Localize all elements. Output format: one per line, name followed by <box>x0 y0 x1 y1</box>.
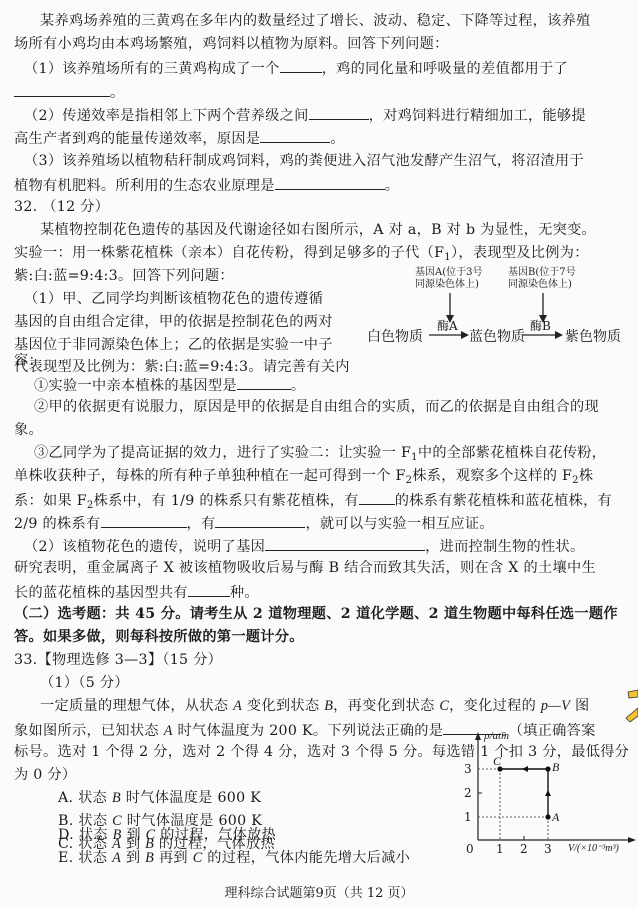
punct: 。 <box>385 178 400 194</box>
var: p—V <box>541 698 570 714</box>
text: 种。 <box>230 585 259 601</box>
subscript: 2 <box>572 475 579 486</box>
answer-blank[interactable] <box>359 490 395 505</box>
text: 基因A(位于3号 <box>415 267 483 279</box>
q32-sub2-line2: 象。 <box>14 421 43 439</box>
q32-part1-line1: （1）甲、乙同学均判断该植物花色的遗传遵循 <box>24 290 323 308</box>
white-substance: 白色物质 <box>367 326 423 346</box>
q31-intro-line1: 某养鸡场养殖的三黄鸡在多年内的数量经过了增长、波动、稳定、下降等过程，该养殖 <box>40 12 591 30</box>
text: 到 <box>121 850 145 866</box>
var: C <box>439 698 449 714</box>
q31-part2: （2）传递效率是指相邻上下两个营养级之间，对鸡饲料进行精细加工，能够提 <box>24 105 586 125</box>
subscript: 2 <box>87 500 94 511</box>
text: 状态 <box>78 850 112 866</box>
text: 同源染色体上) <box>415 279 483 291</box>
option-d[interactable]: D. 状态 B 到 C 的过程，气体放热 <box>58 826 276 844</box>
point-c-label: C <box>493 754 501 769</box>
q31-part3: （3）该养殖场以植物秸秆制成鸡饲料，鸡的粪便进入沼气池发酵产生沼气，将沼渣用于 <box>24 152 584 170</box>
answer-blank[interactable] <box>215 513 305 528</box>
punct: 。 <box>110 85 125 101</box>
q32-part1-line4: 代表现型及比例为：紫:白:蓝=9:4:3。请完善有关内 <box>14 358 350 376</box>
x-tick-1: 1 <box>496 842 504 856</box>
q32-header: 32. （12 分） <box>14 198 109 216</box>
answer-blank[interactable] <box>14 82 110 97</box>
var: A <box>233 698 242 714</box>
y-axis-label: p/atm <box>484 730 509 742</box>
answer-blank[interactable] <box>237 375 291 390</box>
text: 状态 <box>78 790 112 806</box>
metabolic-pathway-diagram: 基因A(位于3号 同源染色体上) 基因B(位于7号 同源染色体上) 白色物质 酶… <box>365 265 635 345</box>
text: ③乙同学为了提高证据的效力，进行了实验二：让实验一 F <box>34 445 411 461</box>
text: 单株收获种子，每株的所有种子单独种植在一起可得到一个 F <box>14 468 406 484</box>
text: 系：如果 F <box>14 493 87 509</box>
origin-label: 0 <box>466 842 474 856</box>
text: 株 <box>579 468 594 484</box>
y-tick-3: 3 <box>464 762 472 776</box>
purple-substance: 紫色物质 <box>565 326 621 346</box>
y-tick-1: 1 <box>464 810 472 824</box>
text: 的过程，气体放热 <box>155 827 276 843</box>
q32-intro-line3: 紫:白:蓝=9:4:3。回答下列问题： <box>14 267 234 285</box>
q33-stem-line1: 一定质量的理想气体，从状态 A 变化到状态 B，再变化到状态 C，变化过程的 p… <box>40 697 590 715</box>
x-axis-label: V/(×10⁻³m³) <box>568 843 619 854</box>
text: 一定质量的理想气体，从状态 <box>40 698 233 714</box>
text: 基因B(位于7号 <box>508 267 576 279</box>
answer-blank[interactable] <box>275 175 385 190</box>
text: ①实验一中亲本植株的基因型是 <box>34 378 237 394</box>
q31-part2-text3: 高生产者到鸡的能量传递效率，原因是 <box>14 131 260 147</box>
text: 的过程，气体内能先增大后减小 <box>203 850 411 866</box>
section2-instruction-line1: （二）选考题：共 45 分。请考生从 2 道物理题、2 道化学题、2 道生物题中… <box>14 605 618 623</box>
q31-part1-answer-line: 。 <box>14 82 125 102</box>
q32-part2-line3: 长的蓝花植株的基因型共有种。 <box>14 582 259 602</box>
text: ），表现型及比例为： <box>451 245 589 261</box>
var: B <box>324 698 333 714</box>
text: 变化到状态 <box>242 698 324 714</box>
q31-part1: （1）该养殖场所有的三黄鸡构成了一个，鸡的同化量和呼吸量的差值都用于了 <box>24 58 568 78</box>
y-tick-2: 2 <box>464 786 472 800</box>
section2-instruction-line2: 答。如果多做，则每科按所做的第一题计分。 <box>14 628 304 646</box>
q32-sub3-line3: 系：如果 F2株系中，有 1/9 的株系只有紫花植株，有的株系有紫花植株和蓝花植… <box>14 490 612 515</box>
q32-part2-line2: 研究表明，重金属离子 X 被该植物吸收后易与酶 B 结合而致其失活，则在含 X … <box>14 559 596 577</box>
q32-part2-line1: （2）该植物花色的遗传，说明了基因，进而控制生物的性状。 <box>24 536 585 556</box>
text: ，有 <box>187 516 216 532</box>
text: ，就可以与实验一相互应证。 <box>305 516 493 532</box>
gene-b-label: 基因B(位于7号 同源染色体上) <box>508 267 576 291</box>
q32-sub1: ①实验一中亲本植株的基因型是。 <box>34 375 305 395</box>
gene-a-label: 基因A(位于3号 同源染色体上) <box>415 267 483 291</box>
q33-header: 33.【物理选修 3—3】（15 分） <box>14 651 222 669</box>
q32-part1-line5: 容： <box>14 352 43 370</box>
text: 的株系有紫花植株和蓝花植株，有 <box>395 493 612 509</box>
punct: 。 <box>330 131 345 147</box>
text: 实验一：用一株紫花植株（亲本）自花传粉，得到足够多的子代（F <box>14 245 444 261</box>
q31-part1-text2: ，鸡的同化量和呼吸量的差值都用于了 <box>322 61 568 77</box>
x-tick-2: 2 <box>520 842 528 856</box>
text: 长的蓝花植株的基因型共有 <box>14 585 188 601</box>
text: 时气体温度为 200 K。下列说法正确的是 <box>173 723 444 739</box>
enzyme-b-label: 酶B <box>530 317 551 334</box>
answer-blank[interactable] <box>280 58 322 73</box>
text: 时气体温度是 600 K <box>121 790 261 806</box>
q33-stem-line4: 为 0 分） <box>14 766 76 784</box>
var: B <box>112 790 121 806</box>
option-label: E. <box>58 850 73 866</box>
answer-blank[interactable] <box>260 128 330 143</box>
highlighter-mark <box>624 688 638 724</box>
punct: 。 <box>291 378 306 394</box>
answer-blank[interactable] <box>265 536 425 551</box>
answer-blank[interactable] <box>309 105 369 120</box>
text: 同源染色体上) <box>508 279 576 291</box>
point-a-label: A <box>552 810 559 825</box>
point-b-label: B <box>552 760 559 775</box>
q32-part1-line2: 基因的自由组合定律，甲的依据是控制花色的两对 <box>14 313 333 331</box>
q31-part3-line2: 植物有机肥料。所利用的生态农业原理是。 <box>14 175 399 195</box>
text: 株系，观察多个这样的 F <box>412 468 572 484</box>
var: B <box>145 850 154 866</box>
enzyme-a-label: 酶A <box>437 317 458 334</box>
text: 株系中，有 1/9 的株系只有紫花植株，有 <box>94 493 359 509</box>
page-footer: 理科综合试题第9页（共 12 页） <box>0 882 638 901</box>
var: A <box>112 850 121 866</box>
text: 再到 <box>154 850 193 866</box>
var: A <box>164 723 173 739</box>
q31-part2-text2: ，对鸡饲料进行精细加工，能够提 <box>369 108 586 124</box>
q32-sub3-line1: ③乙同学为了提高证据的效力，进行了实验二：让实验一 F1中的全部紫花植株自花传粉… <box>34 444 606 467</box>
x-tick-3: 3 <box>544 842 552 856</box>
text: ，进而控制生物的性状。 <box>425 539 584 555</box>
var: C <box>193 850 203 866</box>
q31-intro-line2: 场所有小鸡均由本鸡场繁殖，鸡饲料以植物为原料。回答下列问题： <box>14 35 449 53</box>
text: 状态 <box>79 827 113 843</box>
q31-part3-text: 植物有机肥料。所利用的生态农业原理是 <box>14 178 275 194</box>
subscript: 1 <box>411 452 418 463</box>
var: C <box>146 827 156 843</box>
option-label: D. <box>58 827 74 843</box>
q31-part2-text: （2）传递效率是指相邻上下两个营养级之间 <box>24 108 309 124</box>
option-a[interactable]: A. 状态 B 时气体温度是 600 K <box>58 789 261 807</box>
q32-part1-line3: 基因位于非同源染色体上；乙的依据是实验一中子 <box>14 336 333 354</box>
text: ，再变化到状态 <box>333 698 439 714</box>
q32-sub3-line4: 2/9 的株系有，有，就可以与实验一相互应证。 <box>14 513 494 533</box>
q32-intro-line2: 实验一：用一株紫花植株（亲本）自花传粉，得到足够多的子代（F1），表现型及比例为… <box>14 244 589 267</box>
answer-blank[interactable] <box>101 513 187 528</box>
text: 到 <box>122 827 146 843</box>
q32-intro-line1: 某植物控制花色遗传的基因及代谢途径如右图所示，A 对 a，B 对 b 为显性，无… <box>40 221 596 239</box>
q32-sub3-line2: 单株收获种子，每株的所有种子单独种植在一起可得到一个 F2株系，观察多个这样的 … <box>14 467 593 490</box>
q33-part1-header: （1）（5 分） <box>40 674 129 692</box>
blue-substance: 蓝色物质 <box>469 326 525 346</box>
answer-blank[interactable] <box>188 582 230 597</box>
subscript: 1 <box>444 252 451 263</box>
var: B <box>113 827 122 843</box>
text: 图 <box>570 698 589 714</box>
text: 象如图所示，已知状态 <box>14 723 164 739</box>
pv-graph: p/atm 3 2 1 0 1 2 3 V/(×10⁻³m³) C B A <box>452 730 638 865</box>
q31-part2-line2: 高生产者到鸡的能量传递效率，原因是。 <box>14 128 345 148</box>
text: （2）该植物花色的遗传，说明了基因 <box>24 539 265 555</box>
q32-sub2-line1: ②甲的依据更有说服力，原因是甲的依据是自由组合的实质，而乙的依据是自由组合的现 <box>34 398 599 416</box>
text: 2/9 的株系有 <box>14 516 101 532</box>
text: ，变化过程的 <box>449 698 541 714</box>
option-label: A. <box>58 790 73 806</box>
text: 中的全部紫花植株自花传粉， <box>418 445 606 461</box>
option-e[interactable]: E. 状态 A 到 B 再到 C 的过程，气体内能先增大后减小 <box>58 849 410 867</box>
q31-part1-text: （1）该养殖场所有的三黄鸡构成了一个 <box>24 61 280 77</box>
